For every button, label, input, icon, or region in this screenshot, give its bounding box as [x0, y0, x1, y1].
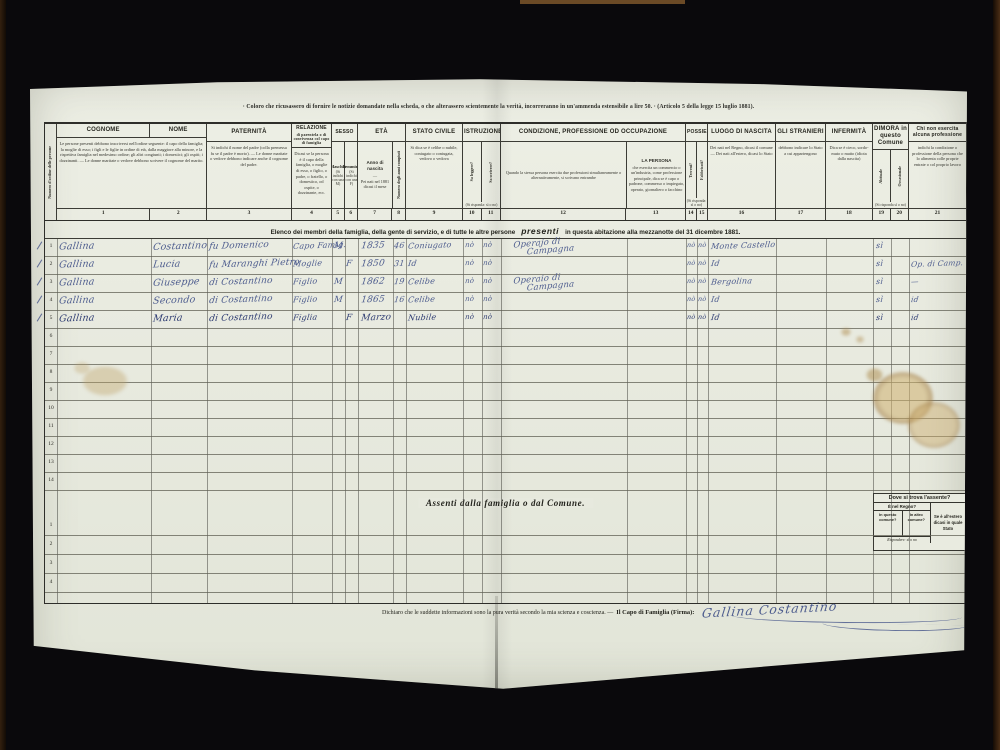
column-number-5: 5: [332, 209, 345, 220]
hw-fabbricati-row-5: nò: [698, 314, 707, 321]
row-number: 12: [45, 441, 57, 447]
title-possiede: POSSIEDE: [686, 124, 707, 142]
header-col-condizione-professione: CONDIZIONE, PROFESSIONE OD OCCUPAZIONEQu…: [501, 124, 686, 220]
paper-stain: [856, 336, 864, 343]
hw-relazione-row-3: Figlio: [293, 278, 318, 287]
paper-stain: [866, 368, 883, 382]
hw-anno-row-4: 1865: [360, 296, 385, 306]
hw-luogo-row-5: Id: [711, 314, 721, 322]
sesso-note-5: (Si indichi con una M): [332, 169, 344, 187]
header-col-stato-civile: STATO CIVILESi dica se è celibe o nubile…: [406, 124, 463, 220]
possiede-answer-note: (Si risponda: sì o no): [686, 198, 707, 208]
row-number: 10: [45, 405, 57, 411]
possiede-label-15: Fabbricati?: [700, 160, 705, 180]
header-col-dimora: DIMORA in questo ComuneAbitualeOccasiona…: [873, 124, 909, 220]
hw-dimora-row-1: sì: [876, 242, 884, 250]
title-infermita: INFERMITÀ: [826, 124, 872, 142]
relazione-numbers: 4: [292, 208, 331, 220]
row-number: 14: [45, 477, 57, 483]
table-edge-left: [0, 0, 6, 750]
sesso-note-6: (Si indichi con una F): [345, 169, 358, 187]
condizione-professione-cell-13: LA PERSONAche esercita un commercio o un…: [627, 142, 686, 208]
hw-nome-row-3: Giuseppe: [152, 277, 200, 288]
header-col-infermita: INFERMITÀDica se è cieco, sordo-muto o m…: [826, 124, 873, 220]
absent-regno-label: È nel Regno?: [874, 503, 930, 511]
row-number: 4: [45, 297, 57, 303]
hw-m-row-4: M: [333, 296, 343, 305]
subtitle-presenti: presenti: [521, 226, 559, 236]
row-number: 6: [45, 333, 57, 339]
header-col-numero-ordine: Numero d'ordine delle persone: [45, 124, 57, 220]
hw-nome-row-1: Costantino: [152, 241, 207, 252]
possiede-subcolumns: Terreni?Fabbricati?: [686, 142, 707, 198]
dimora-label-19: Abituale: [879, 169, 884, 184]
hw-cognome-row-5: Gallina: [58, 313, 95, 324]
row-number: 9: [45, 387, 57, 393]
hw-chi-row-2: Op. di Camp.: [911, 259, 964, 268]
header-col-possiede: POSSIEDETerreni?Fabbricati?(Si risponda:…: [686, 124, 708, 220]
condizione-professione-numbers: 1213: [501, 208, 685, 220]
row-number: 11: [45, 423, 57, 429]
sesso-subcolumns: Maschio(Si indichi con una M)Femmina(Si …: [332, 142, 357, 208]
hw-nome-row-5: Maria: [152, 313, 183, 324]
sesso-sub-5: Maschio(Si indichi con una M): [332, 142, 345, 208]
hw-f-row-5: F: [345, 314, 352, 323]
subtitle-pre: Elenco dei membri della famiglia, della …: [271, 229, 516, 236]
column-number-16: 16: [708, 209, 775, 220]
hw-stato-row-4: Celibe: [408, 296, 436, 305]
title-luogo-nascita: LUOGO DI NASCITA: [708, 124, 775, 142]
condizione-professione-cell-title-13: LA PERSONA: [628, 158, 685, 164]
hw-f-row-2: F: [345, 260, 352, 269]
hw-stato-row-5: Nubile: [408, 313, 437, 322]
hw-dimora-row-4: sì: [876, 296, 884, 304]
istruzione-sub-10: Sa leggere?: [463, 142, 482, 202]
dimora-numbers: 1920: [873, 208, 908, 220]
hw-m-row-1: M: [333, 242, 343, 251]
hw-relazione-row-2: Moglie: [293, 259, 323, 268]
eta-subcolumns: Anno di nascita—Pei nati nel 1881 dicasi…: [358, 142, 405, 208]
hw-terreni-row-5: nò: [687, 314, 696, 321]
eta-years-completed: Numero degli anni compiuti: [393, 142, 406, 208]
hw-dimora-row-5: sì: [876, 314, 884, 322]
margin-tick-row-5: [37, 313, 43, 321]
hw-dimora-row-2: sì: [876, 260, 884, 268]
header-col-luogo-nascita: LUOGO DI NASCITADei nati nel Regno, dica…: [708, 124, 776, 220]
column-number-18: 18: [826, 209, 872, 220]
hw-relazione-row-4: Figlio: [293, 296, 318, 305]
possiede-numbers: 1415: [686, 208, 707, 220]
row-number: 1: [45, 243, 57, 249]
row-number: 5: [45, 315, 57, 321]
hw-terreni-row-1: nò: [687, 242, 696, 249]
hw-anno-row-3: 1862: [360, 278, 385, 288]
title-cognome: COGNOME: [57, 124, 150, 137]
census-photo: { "notice": "· Coloro che ricusassero di…: [0, 0, 1000, 750]
paper-stain: [908, 402, 960, 448]
row-number: 8: [45, 369, 57, 375]
stato-civile-instructions: Si dica se è celibe o nubile, coniugato …: [406, 142, 462, 208]
header-col-sesso: SESSOMaschio(Si indichi con una M)Femmin…: [332, 124, 358, 220]
title-stato-civile: STATO CIVILE: [406, 124, 462, 142]
hw-anni-row-3: 19: [394, 278, 406, 286]
hw-chi-row-5: id: [911, 314, 920, 322]
stranieri-numbers: 17: [776, 208, 825, 220]
dimora-label-20: Occasionale: [898, 166, 903, 186]
paternita-numbers: 3: [207, 208, 291, 220]
absent-row-number: 4: [45, 579, 57, 585]
header-col-eta: ETÀAnno di nascita—Pei nati nel 1881 dic…: [358, 124, 406, 220]
hw-relazione-row-5: Figlia: [293, 314, 318, 323]
table-edge-right: [993, 0, 1000, 750]
possiede-label-14: Terreni?: [689, 163, 694, 178]
row-number: 3: [45, 279, 57, 285]
condizione-professione-cell-desc-12: Quando la stessa persona esercita due pr…: [502, 170, 625, 181]
sesso-numbers: 56: [332, 208, 357, 220]
chi-non-esercita-numbers: 21: [909, 208, 966, 220]
hw-luogo-row-4: Id: [711, 296, 721, 304]
hw-fabbricati-row-2: nò: [698, 260, 707, 267]
luogo-nascita-numbers: 16: [708, 208, 775, 220]
stranieri-instructions: debbono indicare lo Stato a cui apparten…: [776, 142, 825, 208]
column-number-8: 8: [392, 209, 405, 220]
hw-leggere-row-4: nò: [465, 296, 475, 303]
paper-stain: [74, 362, 90, 374]
hw-anni-row-1: 46: [394, 242, 406, 250]
column-number-6: 6: [345, 209, 357, 220]
row-number: 7: [45, 351, 57, 357]
paternita-instructions: Si indichi il nome del padre (colla prem…: [207, 142, 291, 208]
condizione-professione-cell-desc-13: che esercita un commercio o un'industria…: [628, 165, 685, 192]
hw-anno-row-2: 1850: [360, 260, 385, 270]
hw-stato-row-3: Celibe: [408, 278, 436, 287]
hw-chi-row-3: —: [911, 278, 920, 286]
hw-stato-row-2: Id: [408, 260, 418, 268]
column-number-2: 2: [150, 209, 206, 220]
column-number-20: 20: [891, 209, 908, 220]
hw-fabbricati-row-1: nò: [698, 242, 707, 249]
hw-anni-row-4: 16: [394, 296, 406, 304]
column-number-14: 14: [686, 209, 697, 220]
hw-luogo-row-3: Bergolina: [711, 277, 753, 286]
header-col-paternita: PATERNITÀSi indichi il nome del padre (c…: [207, 124, 292, 220]
declaration-role: Il Capo di Famiglia (Firma):: [616, 609, 694, 616]
hw-terreni-row-4: nò: [687, 296, 696, 303]
title-chi-non-esercita: Chi non esercita alcuna professione: [909, 124, 966, 142]
title-eta: ETÀ: [358, 124, 405, 142]
hw-leggere-row-2: nò: [465, 260, 475, 267]
column-number-19: 19: [873, 209, 891, 220]
margin-tick-row-2: [37, 259, 43, 267]
hw-chi-row-4: id: [911, 296, 920, 304]
column-number-4: 4: [292, 209, 331, 220]
column-number-7: 7: [358, 209, 392, 220]
eta-numbers: 78: [358, 208, 405, 220]
title-paternita: PATERNITÀ: [207, 124, 291, 142]
header-col-chi-non-esercita: Chi non esercita alcuna professioneindic…: [909, 124, 966, 220]
luogo-nascita-instructions: Dei nati nel Regno, dicasi il comune — D…: [708, 142, 775, 208]
dimora-sub-19: Abituale: [873, 150, 891, 202]
header-col-cognome-nome: COGNOMENOMELe persone presenti debbono i…: [57, 124, 207, 220]
absent-row-number: 2: [45, 541, 57, 547]
margin-tick-row-4: [37, 295, 43, 303]
cognome-nome-numbers: 12: [57, 208, 206, 220]
column-number-12: 12: [501, 209, 626, 220]
stato-civile-numbers: 9: [406, 208, 462, 220]
dimora-subcolumns: AbitualeOccasionale: [873, 150, 908, 202]
column-number-21: 21: [909, 209, 966, 220]
title-nome: NOME: [150, 124, 206, 137]
hw-nome-row-2: Lucia: [152, 259, 181, 270]
dimora-sub-20: Occasionale: [891, 150, 909, 202]
title-stranieri: GLI STRANIERI: [776, 124, 825, 142]
hw-leggere-row-3: nò: [465, 278, 475, 285]
paper-stain: [841, 328, 851, 336]
hw-terreni-row-2: nò: [687, 260, 696, 267]
hw-cognome-row-2: Gallina: [58, 259, 95, 270]
column-number-9: 9: [406, 209, 462, 220]
title-sesso: SESSO: [332, 124, 357, 142]
eta-years-label: Numero degli anni compiuti: [397, 151, 402, 199]
hw-fabbricati-row-3: nò: [698, 278, 707, 285]
column-number-10: 10: [463, 209, 482, 220]
hw-cognome-row-4: Gallina: [58, 295, 95, 306]
title-dimora: DIMORA in questo Comune: [873, 124, 908, 150]
column-number-15: 15: [697, 209, 707, 220]
condizione-professione-subcolumns: Quando la stessa persona esercita due pr…: [501, 142, 685, 208]
margin-tick-row-3: [37, 277, 43, 285]
hw-anno-row-5: Marzo: [360, 313, 391, 323]
eta-birth-year: Anno di nascita—Pei nati nel 1881 dicasi…: [358, 142, 393, 208]
hw-nome-row-4: Secondo: [152, 295, 196, 306]
cognome-nome-instructions: Le persone presenti debbono inscriversi …: [57, 138, 206, 208]
cognome-nome-titles: COGNOMENOME: [57, 124, 206, 138]
title-condizione-professione: CONDIZIONE, PROFESSIONE OD OCCUPAZIONE: [501, 124, 685, 142]
hw-cognome-row-3: Gallina: [58, 277, 95, 288]
row-number-column-label: Numero d'ordine delle persone: [48, 146, 53, 199]
istruzione-label-10: Sa leggere?: [470, 162, 475, 181]
census-sheet: · Coloro che ricusassero di fornire le n…: [30, 78, 967, 690]
margin-tick-row-1: [37, 241, 43, 249]
table-edge-top: [520, 0, 685, 4]
absent-box-title: Dove si trova l'assente?: [874, 494, 965, 503]
column-number-13: 13: [626, 209, 685, 220]
hw-cognome-row-1: Gallina: [58, 241, 95, 252]
hw-anni-row-2: 31: [394, 260, 406, 268]
absent-row-number: 3: [45, 560, 57, 566]
hw-stato-row-1: Coniugato: [408, 241, 452, 251]
eta-birth-year-main: Anno di nascita: [359, 160, 391, 172]
chi-non-esercita-instructions: indichi la condizione o professione dell…: [909, 142, 966, 208]
column-number-1: 1: [57, 209, 150, 220]
column-number-17: 17: [776, 209, 825, 220]
absent-row-number: 1: [45, 522, 57, 528]
hw-leggere-row-5: nò: [465, 314, 475, 321]
infermita-numbers: 18: [826, 208, 872, 220]
eta-birth-year-note: Pei nati nel 1881 dicasi il mese: [359, 179, 391, 190]
hw-leggere-row-1: nò: [465, 242, 475, 249]
row-number: 13: [45, 459, 57, 465]
hw-anno-row-1: 1835: [360, 242, 385, 252]
column-number-3: 3: [207, 209, 291, 220]
hw-terreni-row-3: nò: [687, 278, 696, 285]
signature-flourish-2: [822, 623, 968, 633]
hw-luogo-row-2: Id: [711, 260, 721, 268]
hw-dimora-row-3: sì: [876, 278, 884, 286]
hw-m-row-3: M: [333, 278, 343, 287]
subtitle-post: in questa abitazione alla mezzanotte del…: [565, 229, 740, 236]
relazione-subtitle: di parentela o di convivenza col capo di…: [293, 133, 330, 146]
header-col-relazione: RELAZIONEdi parentela o di convivenza co…: [292, 124, 332, 220]
possiede-sub-15: Fabbricati?: [697, 142, 708, 198]
header-col-stranieri: GLI STRANIERIdebbono indicare lo Stato a…: [776, 124, 826, 220]
infermita-instructions: Dica se è cieco, sordo-muto o matto (idi…: [826, 142, 872, 208]
center-fold-crease: [495, 596, 498, 690]
relazione-instructions: Dicasi se la persona è il capo della fam…: [292, 148, 331, 208]
condizione-professione-cell-12: Quando la stessa persona esercita due pr…: [501, 142, 627, 208]
title-relazione: RELAZIONEdi parentela o di convivenza co…: [292, 124, 331, 148]
hw-fabbricati-row-4: nò: [698, 296, 707, 303]
row-number: 2: [45, 261, 57, 267]
possiede-sub-14: Terreni?: [686, 142, 697, 198]
sesso-sub-6: Femmina(Si indichi con una F): [345, 142, 358, 208]
